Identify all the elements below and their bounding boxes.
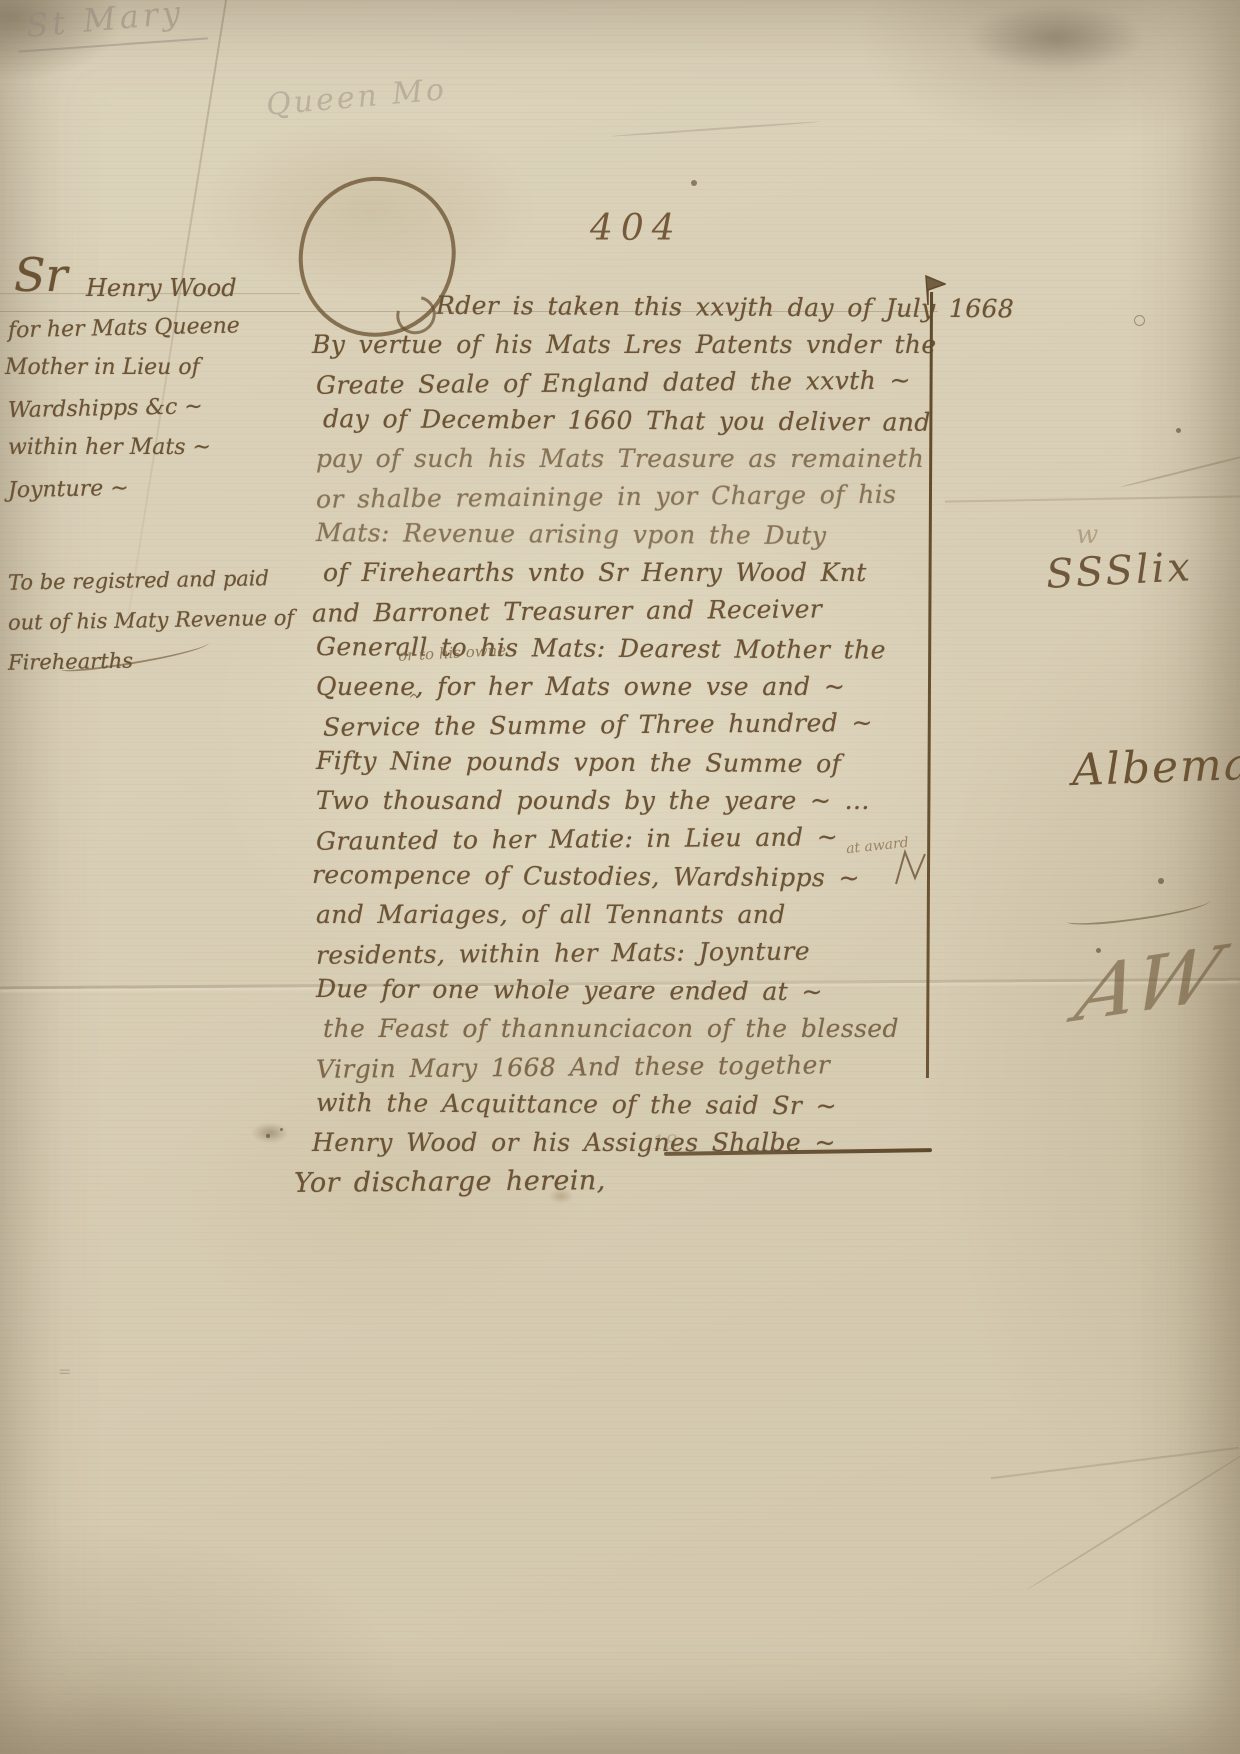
ink-speck [1158, 878, 1164, 884]
manuscript-line: and Mariages, of all Tennants and [316, 896, 956, 934]
faint-w-mark: w [1076, 520, 1098, 550]
margin-line: out of his Maty Revenue of [8, 597, 319, 642]
pencil-mark: = [58, 1362, 71, 1381]
manuscript-line: of Firehearths vnto Sr Henry Wood Knt [323, 554, 956, 592]
manuscript-line: Mats: Revenue arising vpon the Duty [316, 514, 956, 556]
signature-albemarle: Albema [1071, 739, 1240, 796]
body-text-block: Rder is taken this xxvjth day of July 16… [316, 288, 956, 1200]
manuscript-line: Two thousand pounds by the yeare ~ ... [316, 782, 956, 820]
stain [968, 4, 1143, 72]
margin-line: To be registred and paid [8, 557, 319, 602]
stain [250, 1122, 290, 1144]
margin-line: Henry Wood [8, 268, 318, 308]
manuscript-line: Due for one whole yeare ended at ~ [316, 970, 956, 1012]
pencil-stroke [610, 121, 820, 138]
manuscript-line: recompence of Custodies, Wardshipps ~ [312, 856, 956, 898]
signature-1: SSSlix [1045, 544, 1194, 598]
margin-line: Mother in Lieu of [5, 348, 318, 388]
ink-speck [691, 180, 697, 186]
ink-speck [266, 1134, 270, 1138]
manuscript-line: pay of such his Mats Treasure as remaine… [316, 440, 956, 478]
manuscript-line: and Barronet Treasurer and Receiver [312, 589, 956, 633]
margin-line: for her Mats Queene [8, 305, 319, 351]
signature-3: AW [1068, 930, 1230, 1040]
bracket-flag-icon [912, 272, 946, 306]
arrow-mark-icon [894, 848, 928, 888]
ink-speck [280, 1128, 283, 1131]
pencil-inscription-queen: Queen Mo [265, 72, 448, 123]
manuscript-line: By vertue of his Mats Lres Patents vnder… [312, 326, 956, 364]
margin-note-1: Henry Wood for her Mats Queene Mother in… [8, 268, 318, 508]
manuscript-line: with the Acquittance of the said Sr ~ [316, 1084, 956, 1126]
manuscript-sheet: St Mary Queen Mo 18 = 404 Sr Henry Wood … [0, 0, 1240, 1754]
manuscript-line: or shalbe remaininge in yor Charge of hi… [316, 475, 956, 519]
manuscript-line: the Feast of thannunciacon of the blesse… [323, 1010, 956, 1048]
margin-line: Joynture ~ [8, 465, 319, 511]
manuscript-line: Rder is taken this xxvjth day of July 16… [316, 286, 956, 328]
manuscript-line: Yor discharge herein, [294, 1159, 956, 1203]
manuscript-line: day of December 1660 That you deliver an… [323, 400, 956, 442]
manuscript-line: residents, within her Mats: Joynture [316, 931, 956, 975]
manuscript-line: Fifty Nine pounds vpon the Summe of [316, 742, 956, 784]
manuscript-line: Service the Summe of Three hundred ~ [323, 703, 956, 747]
fold-crease [945, 495, 1240, 502]
ink-speck [1176, 428, 1181, 433]
crease-line [1027, 1450, 1240, 1589]
crease-line [1120, 450, 1240, 488]
signature-flourish [1065, 893, 1211, 929]
manuscript-line: Henry Wood or his Assignes Shalbe ~ [312, 1124, 956, 1162]
pencil-inscription-top-left: St Mary [25, 0, 186, 45]
ink-ring-speck [1134, 315, 1145, 326]
fold-crease [991, 1447, 1239, 1479]
manuscript-line: Virgin Mary 1668 And these together [316, 1045, 956, 1089]
insertion-caret: ^ [408, 692, 420, 708]
margin-line: Wardshipps &c ~ [8, 385, 319, 431]
margin-note-2: To be registred and paid out of his Maty… [8, 560, 318, 680]
manuscript-line: Greate Seale of England dated the xxvth … [316, 361, 956, 405]
folio-number: 404 [590, 208, 683, 249]
margin-line: within her Mats ~ [8, 428, 318, 468]
